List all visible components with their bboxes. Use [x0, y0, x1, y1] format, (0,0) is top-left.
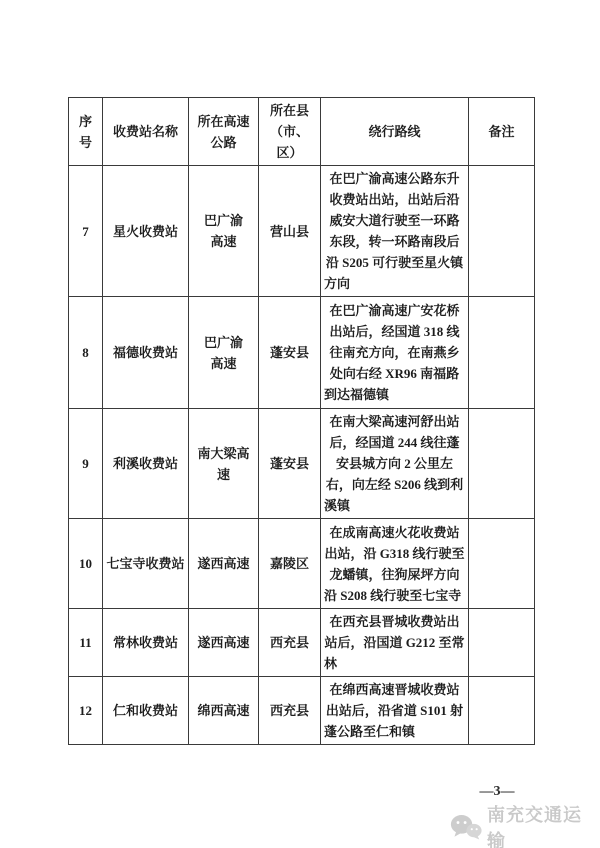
page-number: —3—	[452, 784, 542, 800]
cell-route: 在西充县晋城收费站出站后，沿国道 G212 至常林	[321, 609, 469, 677]
cell-no: 7	[69, 166, 103, 297]
cell-no: 9	[69, 409, 103, 519]
cell-route: 在巴广渝高速广安花桥出站后，经国道 318 线往南充方向，在南燕乡处向右经 XR…	[321, 297, 469, 409]
toll-station-table: 序 号 收费站名称 所在高速 公路 所在县 （市、区） 绕行路线 备注 7 星火…	[68, 97, 535, 745]
cell-no: 10	[69, 519, 103, 609]
col-header-county: 所在县 （市、区）	[259, 98, 321, 166]
cell-note	[469, 609, 535, 677]
cell-note	[469, 677, 535, 745]
cell-station-name: 利溪收费站	[103, 409, 189, 519]
table-row: 8 福德收费站 巴广渝 高速 蓬安县 在巴广渝高速广安花桥出站后，经国道 318…	[69, 297, 535, 409]
cell-station-name: 福德收费站	[103, 297, 189, 409]
col-header-no: 序 号	[69, 98, 103, 166]
watermark: 南充交通运输	[450, 801, 600, 848]
col-header-station-name: 收费站名称	[103, 98, 189, 166]
cell-note	[469, 519, 535, 609]
cell-county: 西充县	[259, 609, 321, 677]
cell-no: 12	[69, 677, 103, 745]
cell-highway: 巴广渝 高速	[189, 166, 259, 297]
cell-route: 在巴广渝高速公路东升收费站出站，出站后沿威安大道行驶至一环路东段，转一环路南段后…	[321, 166, 469, 297]
cell-station-name: 七宝寺收费站	[103, 519, 189, 609]
cell-note	[469, 409, 535, 519]
table-row: 10 七宝寺收费站 遂西高速 嘉陵区 在成南高速火花收费站出站，沿 G318 线…	[69, 519, 535, 609]
cell-county: 西充县	[259, 677, 321, 745]
cell-station-name: 常林收费站	[103, 609, 189, 677]
cell-station-name: 仁和收费站	[103, 677, 189, 745]
table-row: 12 仁和收费站 绵西高速 西充县 在绵西高速晋城收费站出站后，沿省道 S101…	[69, 677, 535, 745]
table-row: 9 利溪收费站 南大梁高 速 蓬安县 在南大梁高速河舒出站后，经国道 244 线…	[69, 409, 535, 519]
cell-county: 嘉陵区	[259, 519, 321, 609]
cell-county: 蓬安县	[259, 297, 321, 409]
watermark-text: 南充交通运输	[487, 801, 600, 848]
cell-note	[469, 297, 535, 409]
cell-no: 8	[69, 297, 103, 409]
cell-highway: 遂西高速	[189, 519, 259, 609]
cell-highway: 绵西高速	[189, 677, 259, 745]
table-header-row: 序 号 收费站名称 所在高速 公路 所在县 （市、区） 绕行路线 备注	[69, 98, 535, 166]
document-page: 序 号 收费站名称 所在高速 公路 所在县 （市、区） 绕行路线 备注 7 星火…	[0, 0, 600, 848]
cell-note	[469, 166, 535, 297]
cell-highway: 遂西高速	[189, 609, 259, 677]
col-header-route: 绕行路线	[321, 98, 469, 166]
col-header-highway: 所在高速 公路	[189, 98, 259, 166]
cell-route: 在绵西高速晋城收费站出站后，沿省道 S101 射蓬公路至仁和镇	[321, 677, 469, 745]
col-header-note: 备注	[469, 98, 535, 166]
cell-county: 蓬安县	[259, 409, 321, 519]
cell-county: 营山县	[259, 166, 321, 297]
wechat-icon	[450, 813, 482, 841]
cell-route: 在成南高速火花收费站出站，沿 G318 线行驶至龙蟠镇，往狗屎坪方向沿 S208…	[321, 519, 469, 609]
cell-station-name: 星火收费站	[103, 166, 189, 297]
cell-no: 11	[69, 609, 103, 677]
cell-highway: 巴广渝 高速	[189, 297, 259, 409]
cell-route: 在南大梁高速河舒出站后，经国道 244 线往蓬安县城方向 2 公里左右，向左经 …	[321, 409, 469, 519]
table-row: 11 常林收费站 遂西高速 西充县 在西充县晋城收费站出站后，沿国道 G212 …	[69, 609, 535, 677]
cell-highway: 南大梁高 速	[189, 409, 259, 519]
table-row: 7 星火收费站 巴广渝 高速 营山县 在巴广渝高速公路东升收费站出站，出站后沿威…	[69, 166, 535, 297]
